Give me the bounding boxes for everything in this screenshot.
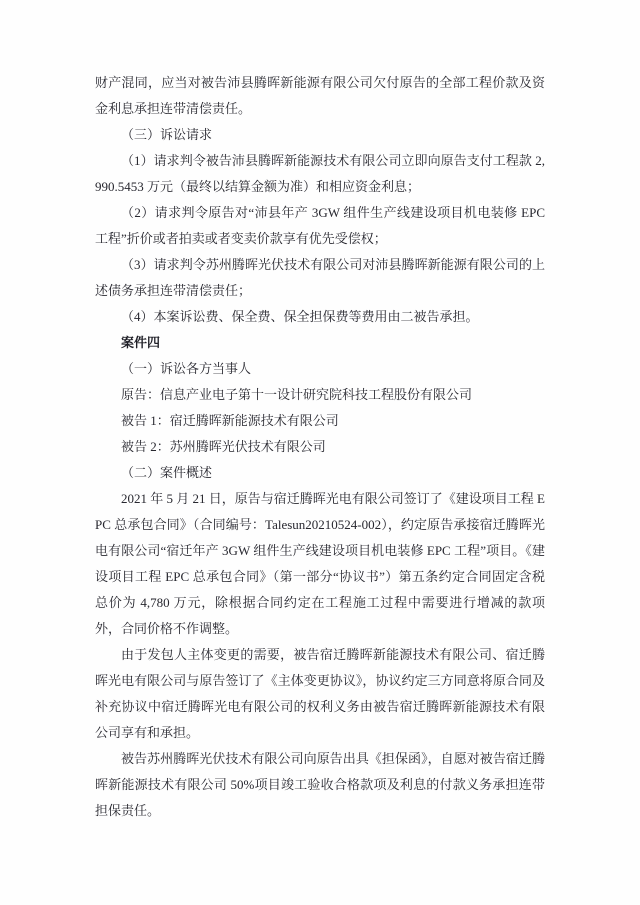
claim-item-4: （4）本案诉讼费、保全费、保全担保费等费用由二被告承担。	[95, 304, 545, 330]
claim-item-3: （3）请求判令苏州腾晖光伏技术有限公司对沛县腾晖新能源有限公司的上述债务承担连带…	[95, 252, 545, 304]
claim-item-2: （2）请求判令原告对“沛县年产 3GW 组件生产线建设项目机电装修 EPC 工程…	[95, 200, 545, 252]
paragraph-liability-continued: 财产混同，应当对被告沛县腾晖新能源有限公司欠付原告的全部工程价款及资金利息承担连…	[95, 70, 545, 122]
heading-parties: （一）诉讼各方当事人	[95, 356, 545, 382]
section-heading-case-four: 案件四	[95, 330, 545, 356]
party-defendant-2: 被告 2：苏州腾晖光伏技术有限公司	[95, 434, 545, 460]
heading-case-summary: （二）案件概述	[95, 460, 545, 486]
summary-paragraph-contract: 2021 年 5 月 21 日，原告与宿迁腾晖光电有限公司签订了《建设项目工程 …	[95, 486, 545, 642]
document-body: 财产混同，应当对被告沛县腾晖新能源有限公司欠付原告的全部工程价款及资金利息承担连…	[95, 70, 545, 824]
party-defendant-1: 被告 1：宿迁腾晖新能源技术有限公司	[95, 408, 545, 434]
heading-litigation-claims: （三）诉讼请求	[95, 122, 545, 148]
summary-paragraph-subject-change: 由于发包人主体变更的需要，被告宿迁腾晖新能源技术有限公司、宿迁腾晖光电有限公司与…	[95, 642, 545, 746]
document-page: 财产混同，应当对被告沛县腾晖新能源有限公司欠付原告的全部工程价款及资金利息承担连…	[0, 0, 640, 905]
party-plaintiff: 原告：信息产业电子第十一设计研究院科技工程股份有限公司	[95, 382, 545, 408]
claim-item-1: （1）请求判令被告沛县腾晖新能源技术有限公司立即向原告支付工程款 2,990.5…	[95, 148, 545, 200]
summary-paragraph-guarantee: 被告苏州腾晖光伏技术有限公司向原告出具《担保函》，自愿对被告宿迁腾晖新能源技术有…	[95, 746, 545, 824]
